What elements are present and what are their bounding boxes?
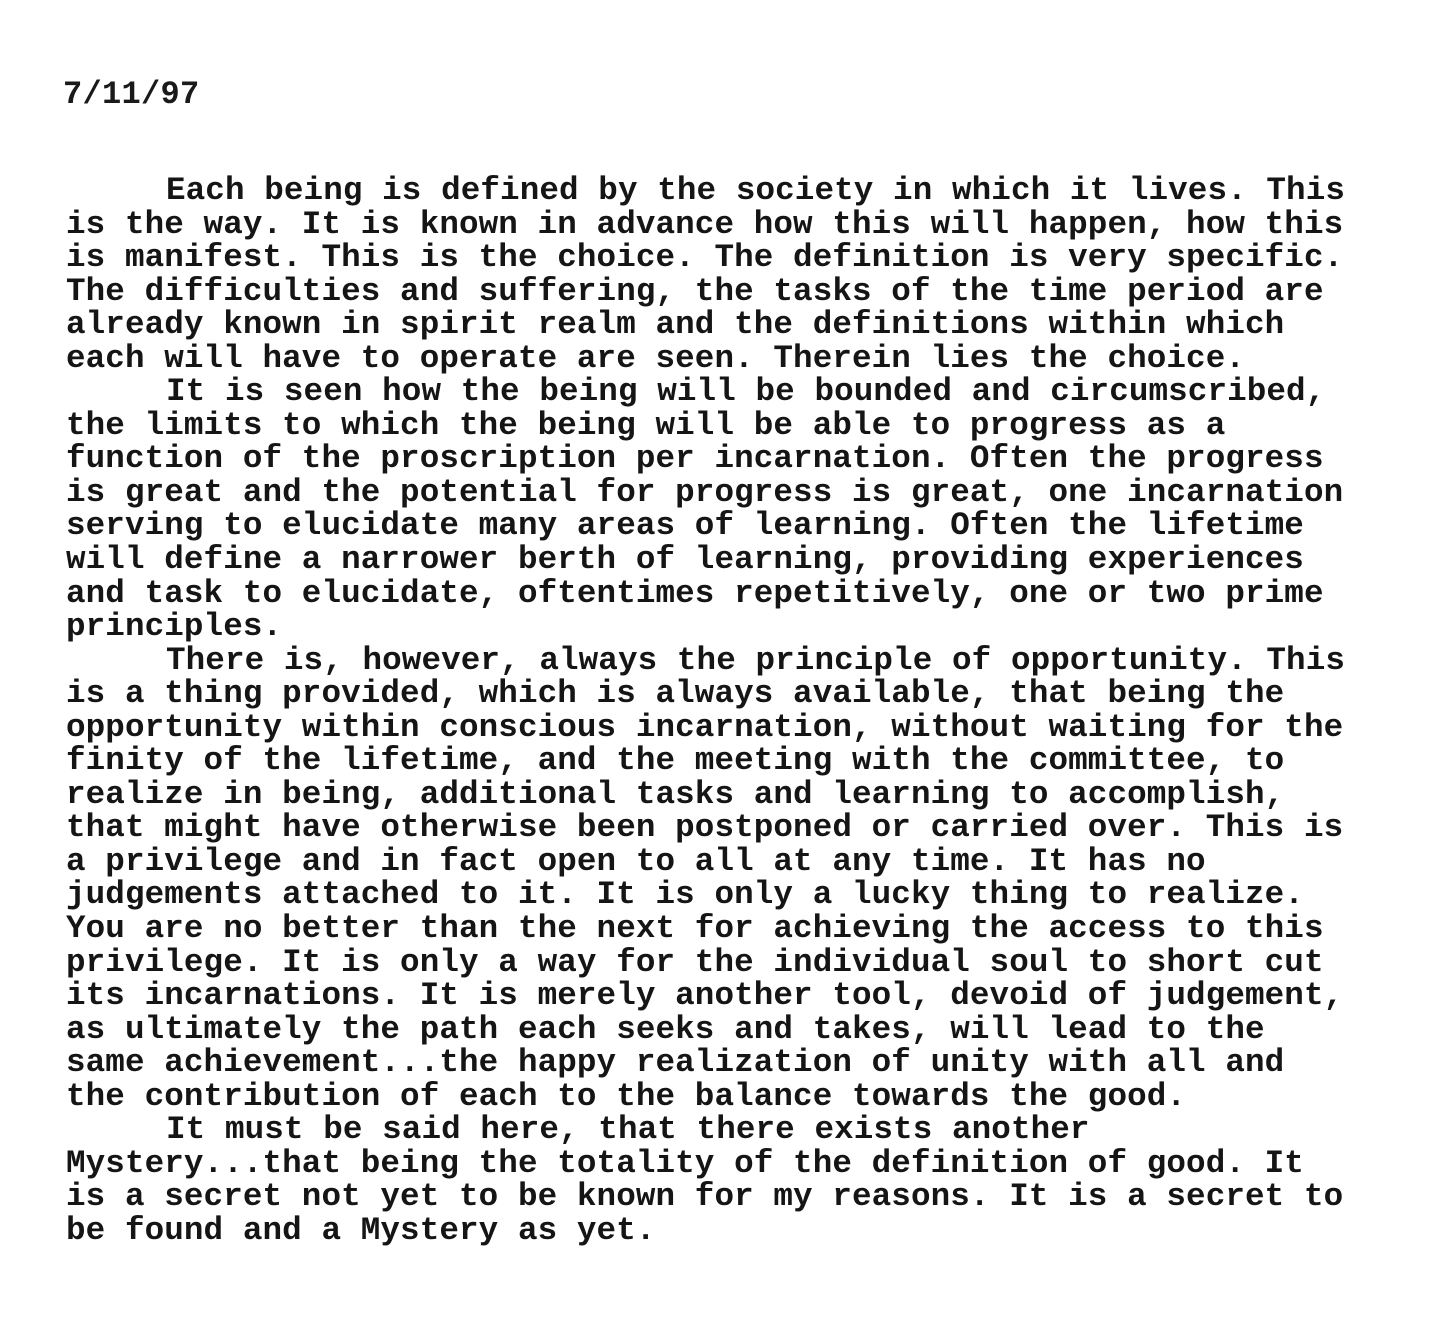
paragraph: It is seen how the being will be bounded… — [66, 375, 1345, 643]
paragraph: Each being is defined by the society in … — [66, 174, 1345, 375]
text-line: the contribution of each to the balance … — [66, 1080, 1345, 1114]
text-line: each will have to operate are seen. Ther… — [66, 342, 1345, 376]
text-line: its incarnations. It is merely another t… — [66, 979, 1345, 1013]
text-line: is the way. It is known in advance how t… — [66, 208, 1345, 242]
text-line: It must be said here, that there exists … — [66, 1113, 1345, 1147]
text-line: is great and the potential for progress … — [66, 476, 1345, 510]
text-line: finity of the lifetime, and the meeting … — [66, 744, 1345, 778]
text-line: You are no better than the next for achi… — [66, 912, 1345, 946]
text-line: the limits to which the being will be ab… — [66, 409, 1345, 443]
text-line: is a thing provided, which is always ava… — [66, 677, 1345, 711]
text-line: and task to elucidate, oftentimes repeti… — [66, 577, 1345, 611]
document-page: 7/11/97 Each being is defined by the soc… — [0, 0, 1449, 1321]
text-line: principles. — [66, 610, 1345, 644]
text-line: function of the proscription per incarna… — [66, 442, 1345, 476]
text-line: same achievement...the happy realization… — [66, 1046, 1345, 1080]
text-line: a privilege and in fact open to all at a… — [66, 845, 1345, 879]
paragraph: There is, however, always the principle … — [66, 644, 1345, 1114]
text-line: opportunity within conscious incarnation… — [66, 711, 1345, 745]
text-line: is a secret not yet to be known for my r… — [66, 1180, 1345, 1214]
paragraph: It must be said here, that there exists … — [66, 1113, 1345, 1247]
text-line: as ultimately the path each seeks and ta… — [66, 1013, 1345, 1047]
text-line: Each being is defined by the society in … — [66, 174, 1345, 208]
text-line: already known in spirit realm and the de… — [66, 308, 1345, 342]
text-line: serving to elucidate many areas of learn… — [66, 509, 1345, 543]
text-line: judgements attached to it. It is only a … — [66, 878, 1345, 912]
text-line: is manifest. This is the choice. The def… — [66, 241, 1345, 275]
text-line: realize in being, additional tasks and l… — [66, 778, 1345, 812]
document-date: 7/11/97 — [63, 78, 200, 112]
text-line: There is, however, always the principle … — [66, 644, 1345, 678]
text-line: It is seen how the being will be bounded… — [66, 375, 1345, 409]
text-line: that might have otherwise been postponed… — [66, 811, 1345, 845]
document-body: Each being is defined by the society in … — [66, 174, 1345, 1248]
text-line: The difficulties and suffering, the task… — [66, 275, 1345, 309]
text-line: be found and a Mystery as yet. — [66, 1214, 1345, 1248]
text-line: will define a narrower berth of learning… — [66, 543, 1345, 577]
text-line: privilege. It is only a way for the indi… — [66, 946, 1345, 980]
text-line: Mystery...that being the totality of the… — [66, 1147, 1345, 1181]
